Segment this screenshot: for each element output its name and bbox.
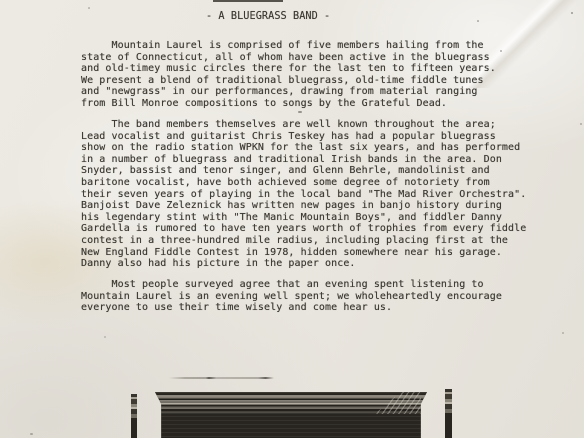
ink-speck (104, 336, 106, 338)
paragraph-intro: Mountain Laurel is comprised of five mem… (81, 40, 551, 110)
ink-speck (88, 7, 90, 9)
ink-speck (30, 433, 33, 435)
cut-off-title-underline (213, 0, 283, 2)
building-photo-cornice (155, 392, 427, 438)
ink-speck (580, 123, 582, 125)
ink-speck (562, 332, 564, 334)
scanned-page: - A BLUEGRASS BAND - Mountain Laurel is … (0, 0, 584, 438)
paragraph-closing: Most people surveyed agree that an eveni… (81, 279, 551, 314)
document-body: Mountain Laurel is comprised of five mem… (81, 40, 551, 314)
ink-speck (571, 12, 573, 14)
pencil-smudge (169, 377, 274, 379)
porch-post-right (445, 389, 452, 438)
ink-speck (477, 20, 479, 22)
ink-speck (298, 111, 302, 113)
paragraph-members: The band members themselves are well kno… (81, 119, 551, 270)
porch-post-left (131, 394, 137, 438)
ink-speck (500, 50, 502, 52)
document-heading: - A BLUEGRASS BAND - (206, 10, 330, 24)
cornice-corner-highlight (375, 392, 421, 414)
